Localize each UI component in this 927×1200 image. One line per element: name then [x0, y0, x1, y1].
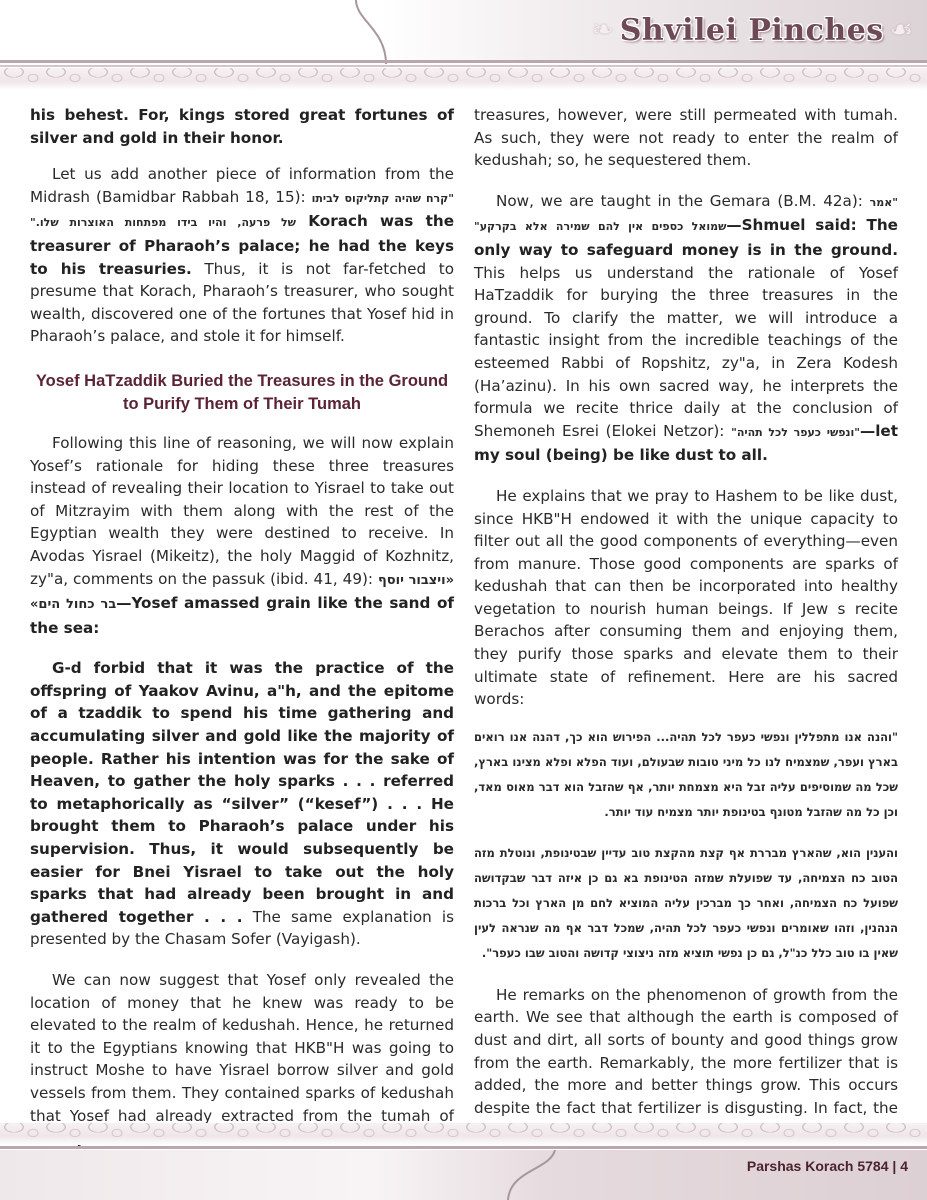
- body-text: He remarks on the phenomenon of growth f…: [474, 986, 898, 1140]
- scroll-ornament-icon: ❧: [592, 15, 614, 45]
- ornament-border-bottom: [0, 1123, 927, 1145]
- section-heading: Yosef HaTzaddik Buried the Treasures in …: [30, 370, 454, 416]
- paragraph: Following this line of reasoning, we wil…: [30, 432, 454, 639]
- left-column: his behest. For, kings stored great fort…: [30, 104, 454, 1164]
- right-column: treasures, however, were still permeated…: [474, 104, 898, 1156]
- paragraph: treasures, however, were still permeated…: [474, 104, 898, 172]
- body-text: Following this line of reasoning, we wil…: [30, 434, 454, 588]
- footer-divider-curve: [500, 1150, 560, 1200]
- body-text: We can now suggest that Yosef only revea…: [30, 971, 454, 1147]
- paragraph: He explains that we pray to Hashem to be…: [474, 485, 898, 711]
- header-divider-curve: [330, 0, 410, 64]
- header-rule-thin: [0, 65, 927, 67]
- hebrew-quote: "ונפשי כעפר לכל תהיה": [731, 426, 860, 439]
- footer-separator: |: [892, 1158, 896, 1174]
- header-rule: [0, 60, 927, 63]
- page-header: ❧ Shvilei Pinches ☙: [0, 0, 927, 100]
- page-number: 4: [900, 1158, 908, 1174]
- body-text: He explains that we pray to Hashem to be…: [474, 487, 898, 708]
- hebrew-block-quote: "והנה אנו מתפללין ונפשי כעפר לכל תהיה...…: [474, 725, 898, 825]
- bold-text: his behest. For, kings stored great fort…: [30, 106, 454, 147]
- publication-title-block: ❧ Shvilei Pinches ☙: [592, 8, 913, 52]
- body-text: treasures, however, were still permeated…: [474, 106, 898, 169]
- page-footer-label: Parshas Korach 5784 | 4: [747, 1158, 908, 1174]
- footer-rule: [0, 1146, 927, 1149]
- hebrew-block-quote: והענין הוא, שהארץ מבררת אף קצת מהקצת טוב…: [474, 841, 898, 966]
- scroll-ornament-icon: ☙: [890, 15, 913, 45]
- paragraph: He remarks on the phenomenon of growth f…: [474, 984, 898, 1142]
- body-text: This helps us understand the rationale o…: [474, 264, 898, 440]
- paragraph: his behest. For, kings stored great fort…: [30, 104, 454, 149]
- publication-title: Shvilei Pinches: [620, 13, 884, 48]
- paragraph: Let us add another piece of information …: [30, 163, 454, 348]
- ornament-border-top: [0, 68, 927, 90]
- paragraph: G-d forbid that it was the practice of t…: [30, 657, 454, 951]
- parsha-name: Parshas Korach 5784: [747, 1158, 889, 1174]
- paragraph: Now, we are taught in the Gemara (B.M. 4…: [474, 190, 898, 467]
- bold-quote-text: G-d forbid that it was the practice of t…: [30, 659, 454, 926]
- body-text: Now, we are taught in the Gemara (B.M. 4…: [496, 192, 870, 210]
